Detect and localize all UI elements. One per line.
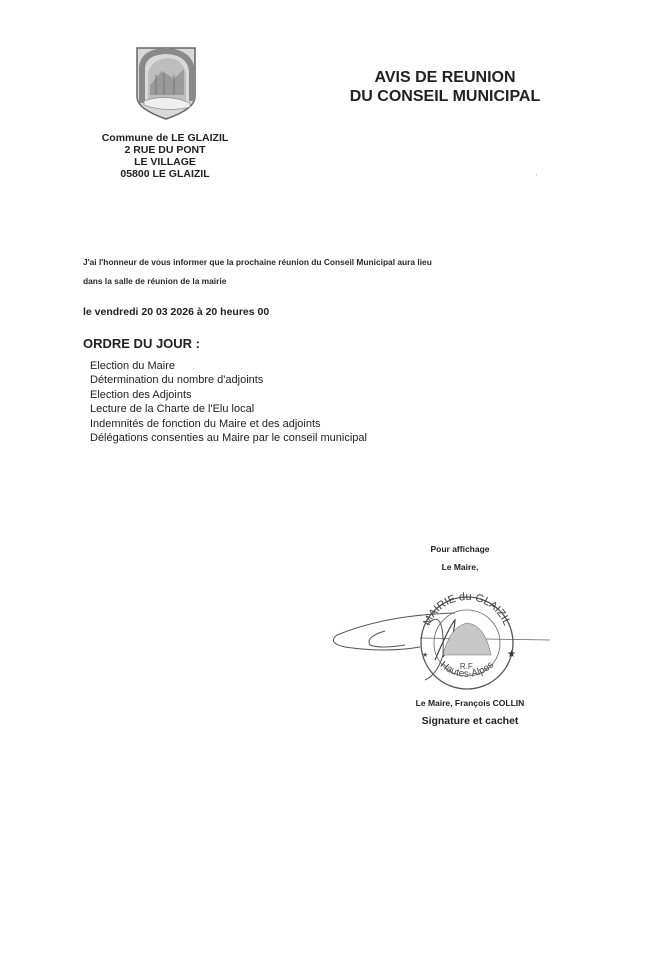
agenda-item: Détermination du nombre d'adjoints — [90, 373, 367, 387]
posting-note: Pour affichage Le Maire, — [410, 540, 510, 576]
page-title: AVIS DE REUNION DU CONSEIL MUNICIPAL — [330, 68, 560, 106]
agenda-list: Election du Maire Détermination du nombr… — [90, 359, 367, 445]
svg-text:★: ★ — [422, 651, 428, 659]
intro-line-1: J'ai l'honneur de vous informer que la p… — [83, 253, 432, 272]
le-maire-label: Le Maire, — [410, 558, 510, 576]
agenda-item: Délégations consenties au Maire par le c… — [90, 431, 367, 445]
agenda-title: ORDRE DU JOUR : — [83, 336, 200, 351]
agenda-item: Indemnités de fonction du Maire et des a… — [90, 417, 367, 431]
agenda-item: Lecture de la Charte de l'Elu local — [90, 402, 367, 416]
commune-name: Commune de LE GLAIZIL — [80, 132, 250, 144]
signature-label: Signature et cachet — [370, 715, 570, 727]
meeting-date: le vendredi 20 03 2026 à 20 heures 00 — [83, 306, 269, 318]
scan-mark: ' — [536, 175, 537, 181]
commune-postcode: 05800 LE GLAIZIL — [80, 168, 250, 180]
mayor-name: Le Maire, François COLLIN — [370, 698, 570, 708]
svg-text:★: ★ — [507, 649, 516, 660]
commune-address: Commune de LE GLAIZIL 2 RUE DU PONT LE V… — [80, 132, 250, 180]
signature-and-stamp: MAIRIE du GLAIZIL R.F. Hautes-Alpes ★ ★ — [325, 585, 555, 695]
intro-line-2: dans la salle de réunion de la mairie — [83, 272, 432, 291]
agenda-item: Election des Adjoints — [90, 388, 367, 402]
pour-affichage: Pour affichage — [410, 540, 510, 558]
title-line-2: DU CONSEIL MUNICIPAL — [330, 87, 560, 106]
coat-of-arms-icon — [134, 45, 198, 121]
title-line-1: AVIS DE REUNION — [330, 68, 560, 87]
commune-street: 2 RUE DU PONT — [80, 144, 250, 156]
agenda-item: Election du Maire — [90, 359, 367, 373]
intro-text: J'ai l'honneur de vous informer que la p… — [83, 253, 432, 291]
mairie-stamp-icon: MAIRIE du GLAIZIL R.F. Hautes-Alpes ★ ★ — [421, 591, 516, 689]
commune-locality: LE VILLAGE — [80, 156, 250, 168]
